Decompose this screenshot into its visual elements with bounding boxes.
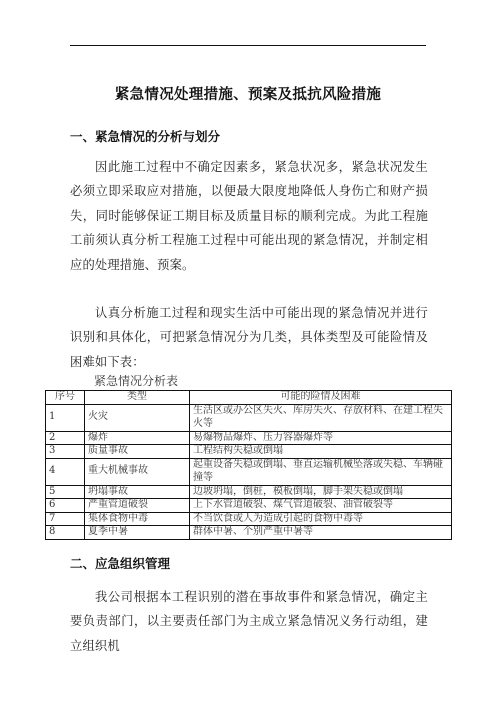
- section-2-heading: 二、应急组织管理: [70, 554, 170, 572]
- table-header-row: 序号 类型 可能的险情及困难: [46, 391, 452, 405]
- table-row: 3 质量事故 工程结构失稳或倒塌: [46, 445, 452, 459]
- section-2-paragraph-1: 我公司根据本工程识别的潜在事故事件和紧急情况，确定主要负责部门，以主要责任部门为…: [70, 585, 428, 658]
- table-row: 4 重大机械事故 起重设备失稳或倒塌、垂直运输机械坠落或失稳、车辆碰撞等: [46, 458, 452, 485]
- table-row: 2 爆炸 易爆物品爆炸、压力容器爆炸等: [46, 431, 452, 445]
- table-caption: 紧急情况分析表: [94, 372, 178, 389]
- cell-no: 1: [46, 404, 85, 431]
- emergency-analysis-table: 序号 类型 可能的险情及困难 1 火灾 生活区或办公区失火、库房失火、存放材料、…: [45, 390, 452, 540]
- cell-type: 坍塌事故: [85, 485, 190, 499]
- table-row: 1 火灾 生活区或办公区失火、库房失火、存放材料、在建工程失火等: [46, 404, 452, 431]
- cell-type: 严重管道破裂: [85, 499, 190, 513]
- cell-risk: 起重设备失稳或倒塌、垂直运输机械坠落或失稳、车辆碰撞等: [190, 458, 452, 485]
- cell-type: 夏季中暑: [85, 526, 190, 540]
- cell-risk: 易爆物品爆炸、压力容器爆炸等: [190, 431, 452, 445]
- cell-no: 5: [46, 485, 85, 499]
- table-row: 5 坍塌事故 边坡坍塌，倒桩，模板倒塌，脚手架失稳或倒塌: [46, 485, 452, 499]
- cell-risk: 群体中暑、个别严重中暑等: [190, 526, 452, 540]
- header-rule: [70, 45, 426, 46]
- cell-no: 8: [46, 526, 85, 540]
- cell-no: 3: [46, 445, 85, 459]
- document-title: 紧急情况处理措施、预案及抵抗风险措施: [0, 83, 496, 104]
- header-risk: 可能的险情及困难: [190, 391, 452, 405]
- cell-type: 爆炸: [85, 431, 190, 445]
- cell-no: 4: [46, 458, 85, 485]
- cell-no: 2: [46, 431, 85, 445]
- cell-type: 集体食物中毒: [85, 512, 190, 526]
- header-no: 序号: [46, 391, 85, 405]
- cell-type: 质量事故: [85, 445, 190, 459]
- cell-no: 6: [46, 499, 85, 513]
- cell-risk: 上下水管道破裂、煤气管道破裂、油管破裂等: [190, 499, 452, 513]
- cell-risk: 边坡坍塌，倒桩，模板倒塌，脚手架失稳或倒塌: [190, 485, 452, 499]
- section-1-paragraph-1: 因此施工过程中不确定因素多，紧急状况多，紧急状况发生必须立即采取应对措施，以便最…: [70, 155, 428, 277]
- header-type: 类型: [85, 391, 190, 405]
- table-row: 7 集体食物中毒 不当饮食或人为造成引起的食物中毒等: [46, 512, 452, 526]
- cell-type: 重大机械事故: [85, 458, 190, 485]
- table-row: 6 严重管道破裂 上下水管道破裂、煤气管道破裂、油管破裂等: [46, 499, 452, 513]
- table-row: 8 夏季中暑 群体中暑、个别严重中暑等: [46, 526, 452, 540]
- cell-no: 7: [46, 512, 85, 526]
- cell-risk: 工程结构失稳或倒塌: [190, 445, 452, 459]
- section-1-paragraph-2: 认真分析施工过程和现实生活中可能出现的紧急情况并进行识别和具体化，可把紧急情况分…: [70, 301, 428, 374]
- section-1-heading: 一、紧急情况的分析与划分: [70, 127, 220, 145]
- cell-type: 火灾: [85, 404, 190, 431]
- cell-risk: 生活区或办公区失火、库房失火、存放材料、在建工程失火等: [190, 404, 452, 431]
- cell-risk: 不当饮食或人为造成引起的食物中毒等: [190, 512, 452, 526]
